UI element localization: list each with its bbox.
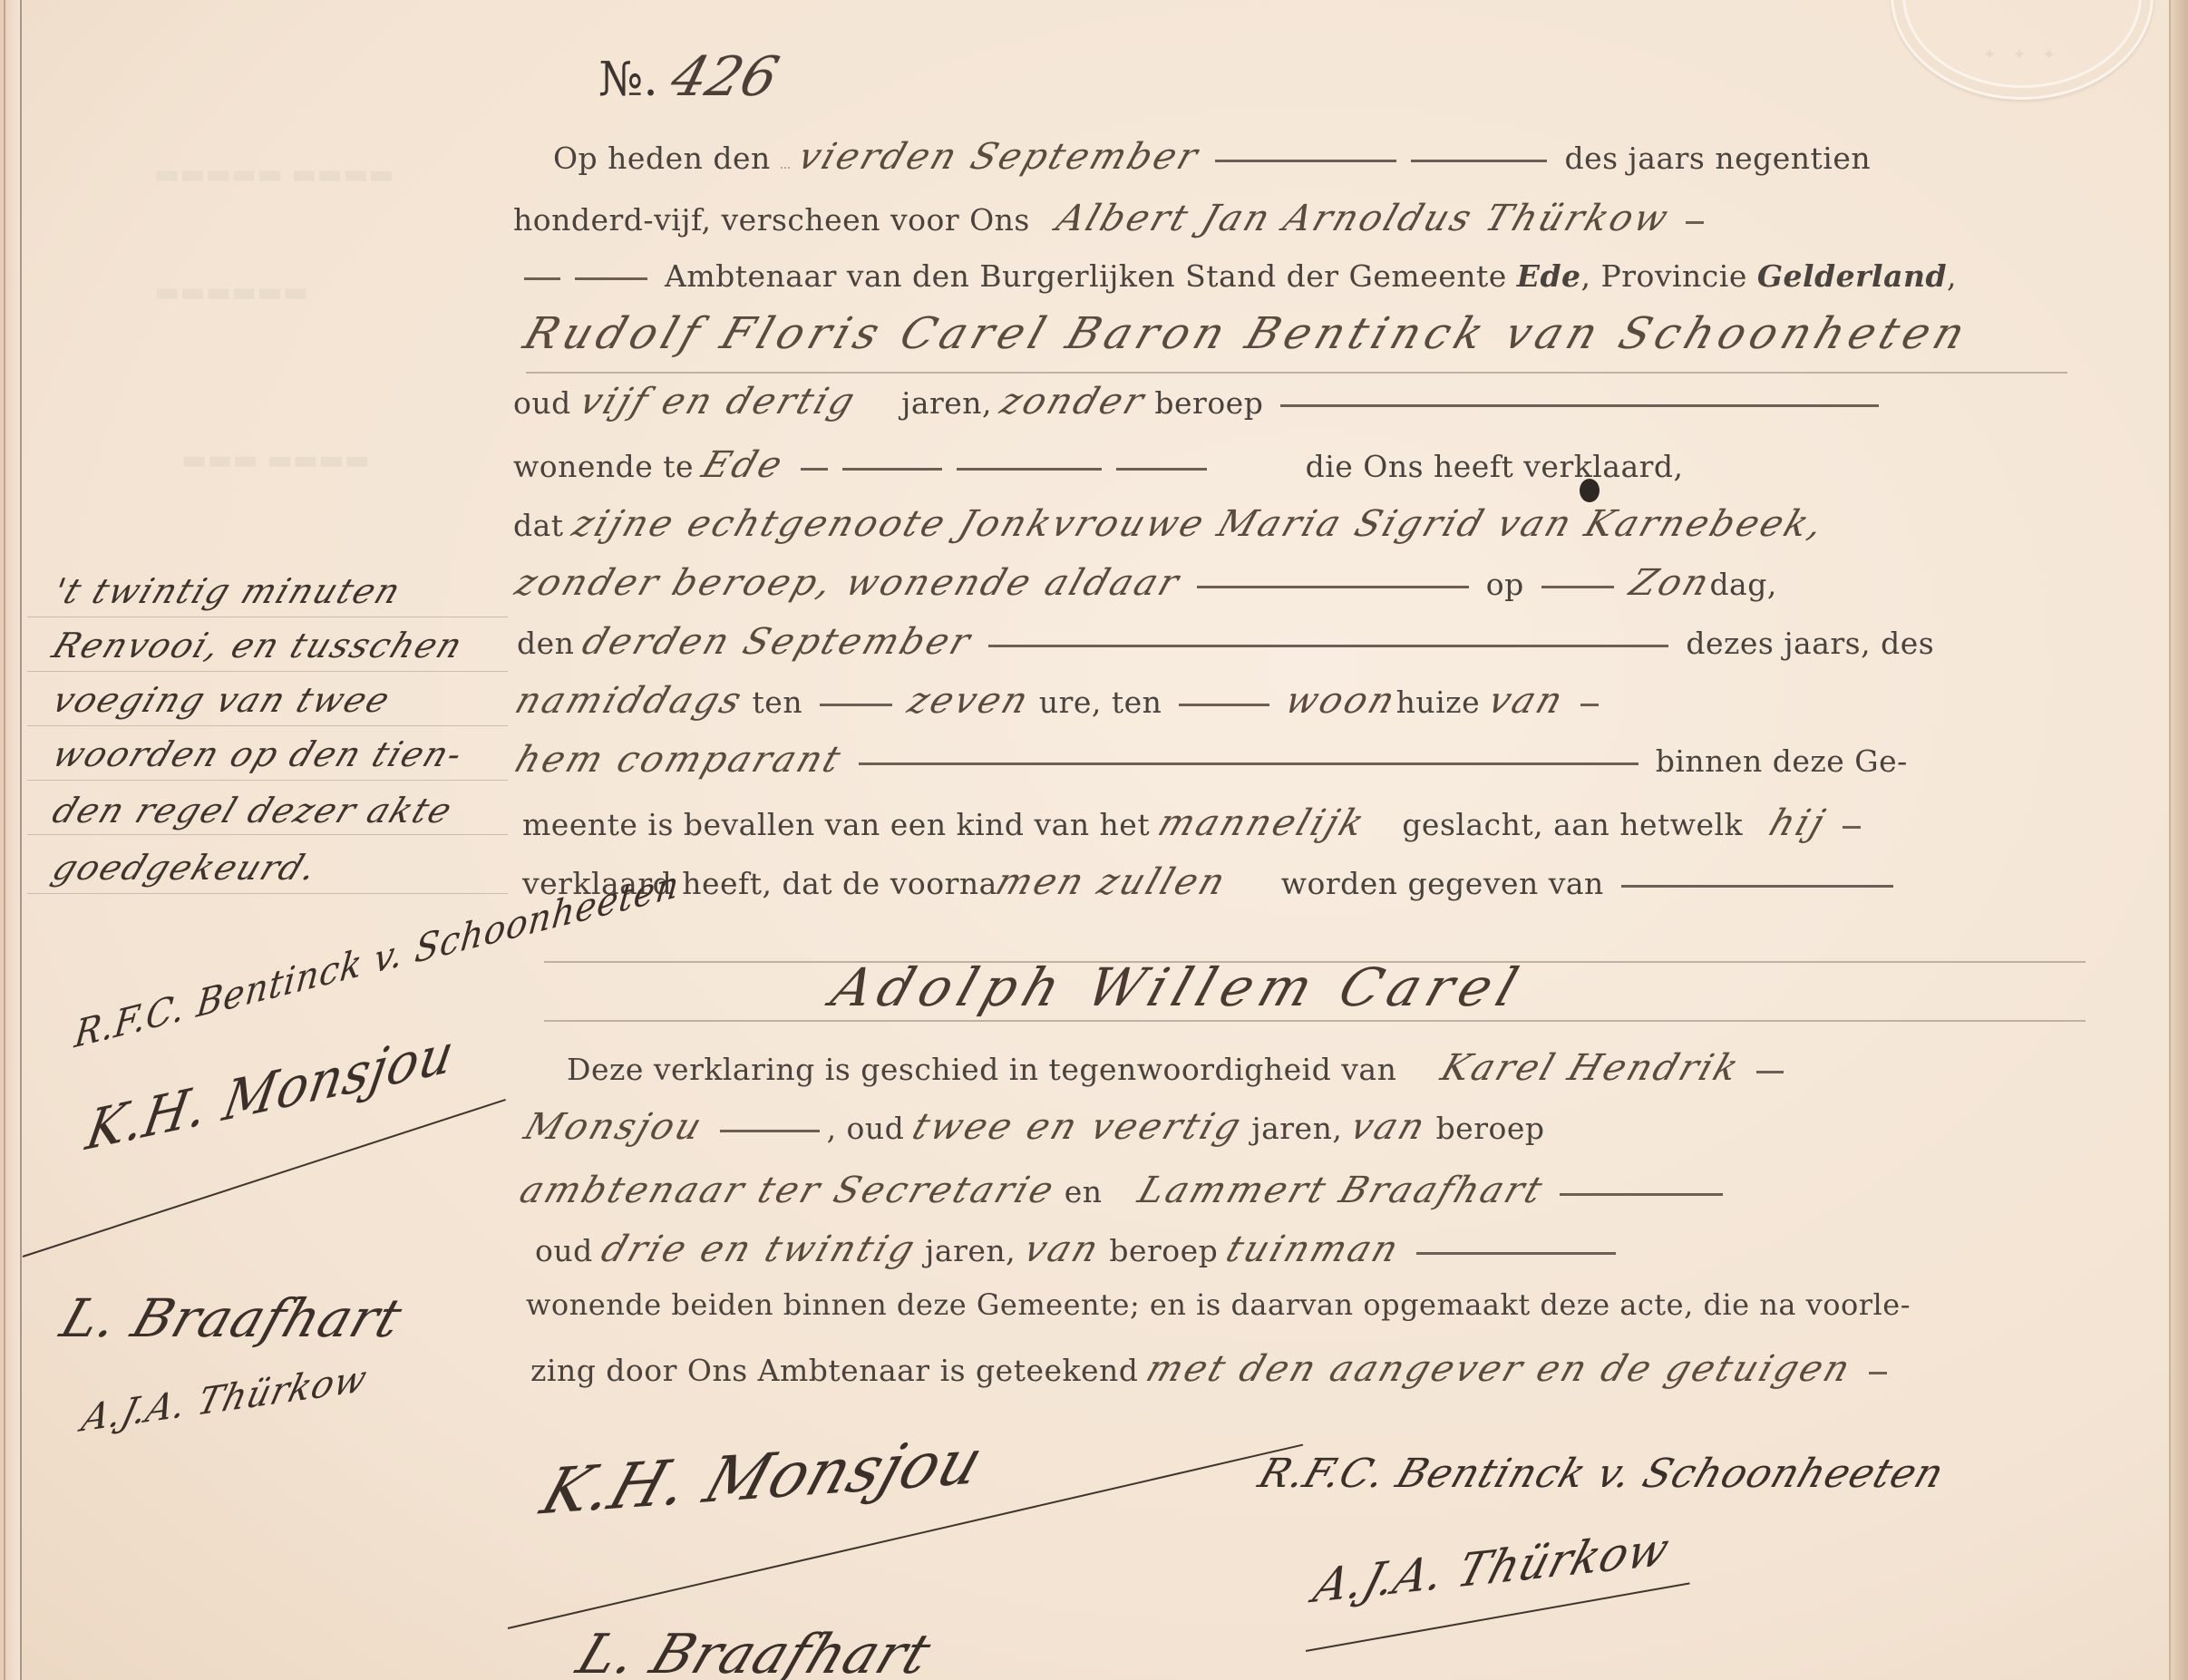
printed-text: wonende te (513, 449, 694, 484)
line-6: wonende te Ede die Ons heeft verklaard, (513, 444, 1684, 486)
handwritten-text: van (1019, 1228, 1106, 1270)
printed-text: zing door Ons Ambtenaar is geteekend (530, 1353, 1138, 1388)
margin-rule (27, 893, 508, 894)
printed-text: dag, (1709, 567, 1776, 602)
line-1: Op heden den vierden September des jaars… (553, 136, 1871, 178)
handwritten-witness-1-name: Karel Hendrik (1436, 1047, 1746, 1089)
record-number-value: 426 (665, 45, 785, 109)
margin-signature: A.J.A. Thürkow (78, 1357, 372, 1441)
margin-note-line: woorden op den tien- (47, 734, 470, 774)
ink-blot (1580, 479, 1600, 502)
margin-signature: K.H. Monsjou (82, 1020, 460, 1163)
printed-text: oud (513, 385, 571, 421)
handwritten-occupation: zonder (996, 381, 1152, 422)
margin-note-line: Renvooi, en tusschen (47, 626, 470, 665)
handwritten-mother-occupation: zonder beroep, wonende aldaar (511, 562, 1187, 604)
line-12: meente is bevallen van een kind van het … (522, 802, 1868, 844)
handwritten-hour: zeven (903, 680, 1036, 722)
record-number: №. 426 (598, 45, 777, 109)
printed-text: meente is bevallen van een kind van het (522, 807, 1150, 842)
embossed-seal: ✦ ✦ ✦ (1891, 0, 2154, 100)
printed-text: binnen deze Ge- (1656, 743, 1908, 779)
handwritten-witness-1-surname: Monsjou (520, 1106, 710, 1148)
printed-text: Deze verklaring is geschied in tegenwoor… (567, 1052, 1396, 1087)
handwritten-witness-1-age: twee en veertig (908, 1106, 1249, 1148)
printed-text: beroep (1109, 1233, 1218, 1268)
handwritten-text: van (1346, 1106, 1433, 1148)
handwritten-child-name: Adolph Willem Carel (824, 957, 1532, 1018)
printed-text: ure, ten (1039, 685, 1162, 720)
line-15: Deze verklaring is geschied in tegenwoor… (567, 1047, 1791, 1089)
printed-text: beroep (1436, 1111, 1545, 1146)
bottom-signature: K.H. Monsjou (532, 1425, 992, 1529)
handwritten-text: van (1483, 680, 1570, 722)
printed-text: Op heden den (553, 141, 771, 176)
handwritten-age: vijf en dertig (574, 381, 861, 422)
bleed-through-text: ▬▬▬▬▬▬ (154, 277, 308, 308)
line-8: zonder beroep, wonende aldaar op Zondag, (517, 562, 1777, 604)
handwritten-witness-2-occupation: tuinman (1221, 1228, 1406, 1270)
rule-line (544, 1020, 2086, 1022)
printed-text: beroep (1154, 385, 1263, 421)
printed-text: honderd-vijf, verscheen voor Ons (513, 202, 1030, 238)
line-7: dat zijne echtgenoote Jonkvrouwe Maria S… (513, 503, 1823, 545)
printed-text: des jaars negentien (1564, 141, 1871, 176)
bottom-signature: A.J.A. Thürkow (1308, 1522, 1676, 1614)
margin-rule (27, 617, 508, 617)
bottom-signature: R.F.C. Bentinck v. Schoonheeten (1253, 1451, 1950, 1497)
printed-text: oud (535, 1233, 593, 1268)
page-binding-left (0, 0, 22, 1680)
handwritten-weekday: Zon (1624, 562, 1716, 604)
margin-rule (27, 780, 508, 781)
line-19: wonende beiden binnen deze Gemeente; en … (526, 1287, 1911, 1322)
printed-text: jaren, (901, 385, 992, 421)
printed-text: , Provincie (1581, 258, 1747, 294)
bottom-signature: L. Braafhart (569, 1623, 939, 1680)
handwritten-place: woon (1280, 680, 1403, 722)
line-16: Monsjou , oud twee en veertig jaren, van… (526, 1106, 1545, 1148)
handwritten-declarant-name: Rudolf Floris Carel Baron Bentinck van S… (518, 308, 1977, 359)
printed-text: , oud (827, 1111, 905, 1146)
printed-text: jaren, (925, 1233, 1016, 1268)
page-gutter-right (2169, 0, 2188, 1680)
handwritten-text: hem comparant (511, 739, 849, 781)
printed-text: jaren, (1251, 1111, 1342, 1146)
handwritten-witness-2-name: Lammert Braafhart (1133, 1170, 1550, 1211)
line-2: honderd-vijf, verscheen voor Ons Albert … (513, 198, 1711, 239)
printed-text: Ambtenaar van den Burgerlijken Stand der… (665, 258, 1507, 294)
margin-note-line: goedgekeurd. (47, 848, 324, 888)
printed-text: en (1065, 1174, 1103, 1209)
handwritten-time-of-day: namiddags (511, 680, 749, 722)
line-3: Ambtenaar van den Burgerlijken Stand der… (517, 258, 1957, 294)
rule-line (526, 372, 2067, 374)
line-4: Rudolf Floris Carel Baron Bentinck van S… (526, 308, 1969, 359)
printed-text: ten (753, 685, 803, 720)
margin-rule (27, 834, 508, 835)
handwritten-text: men zullen (990, 861, 1232, 903)
printed-text: worden gegeven van (1281, 866, 1604, 901)
handwritten-official-name: Albert Jan Arnoldus Thürkow (1051, 198, 1675, 239)
margin-rule (27, 725, 508, 726)
line-14: Adolph Willem Carel (834, 957, 1522, 1018)
handwritten-date: vierden September (793, 136, 1205, 178)
register-page: ✦ ✦ ✦ ▬▬▬▬▬ ▬▬▬▬ ▬▬▬▬▬▬ ▬▬▬ ▬▬▬▬ №. 426 … (0, 0, 2188, 1680)
bleed-through-text: ▬▬▬▬▬ ▬▬▬▬ (154, 159, 394, 190)
margin-signature: L. Braafhart (53, 1287, 410, 1349)
printed-text: die Ons heeft verklaard, (1306, 449, 1684, 484)
line-10: namiddags ten zeven ure, ten woonhuize v… (517, 680, 1606, 722)
handwritten-text: met den aangever en de getuigen (1142, 1348, 1858, 1390)
handwritten-residence: Ede (697, 444, 790, 486)
handwritten-text: hij (1765, 802, 1833, 844)
record-number-label: №. (598, 53, 658, 107)
margin-signature: R.F.C. Bentinck v. Schoonheeten (73, 862, 682, 1057)
handwritten-birth-date: derden September (578, 621, 978, 663)
margin-rule (27, 671, 508, 672)
line-20: zing door Ons Ambtenaar is geteekend met… (530, 1348, 1894, 1390)
line-9: den derden September dezes jaars, des (517, 621, 1934, 663)
handwritten-mother-name: zijne echtgenoote Jonkvrouwe Maria Sigri… (567, 503, 1831, 545)
line-5: oud vijf en dertig jaren, zonder beroep (513, 381, 1886, 422)
printed-text: dat (513, 508, 564, 543)
margin-note-line: 't twintig minuten (47, 571, 407, 611)
handwritten-sex: mannelijk (1153, 802, 1372, 844)
line-18: oud drie en twintig jaren, van beroep tu… (535, 1228, 1623, 1270)
handwritten-witness-1-occupation: ambtenaar ter Secretarie (515, 1170, 1062, 1211)
printed-text: op (1486, 567, 1524, 602)
handwritten-witness-2-age: drie en twintig (596, 1228, 921, 1270)
province-name: Gelderland (1757, 258, 1947, 294)
printed-text: den (517, 626, 574, 661)
margin-note-line: voeging van twee (47, 680, 397, 720)
bleed-through-text: ▬▬▬ ▬▬▬▬ (181, 444, 370, 476)
printed-text: dezes jaars, des (1686, 626, 1934, 661)
municipality-name: Ede (1517, 258, 1581, 294)
printed-text: wonende beiden binnen deze Gemeente; en … (526, 1287, 1911, 1322)
margin-note-line: den regel dezer akte (47, 791, 459, 830)
printed-text: geslacht, aan hetwelk (1402, 807, 1743, 842)
printed-text: huize (1396, 685, 1480, 720)
line-17: ambtenaar ter Secretarie en Lammert Braa… (521, 1170, 1730, 1211)
printed-text: , (1947, 258, 1957, 294)
line-11: hem comparant binnen deze Ge- (517, 739, 1908, 781)
line-13: verklaard heeft, dat de voornamen zullen… (522, 861, 1901, 903)
